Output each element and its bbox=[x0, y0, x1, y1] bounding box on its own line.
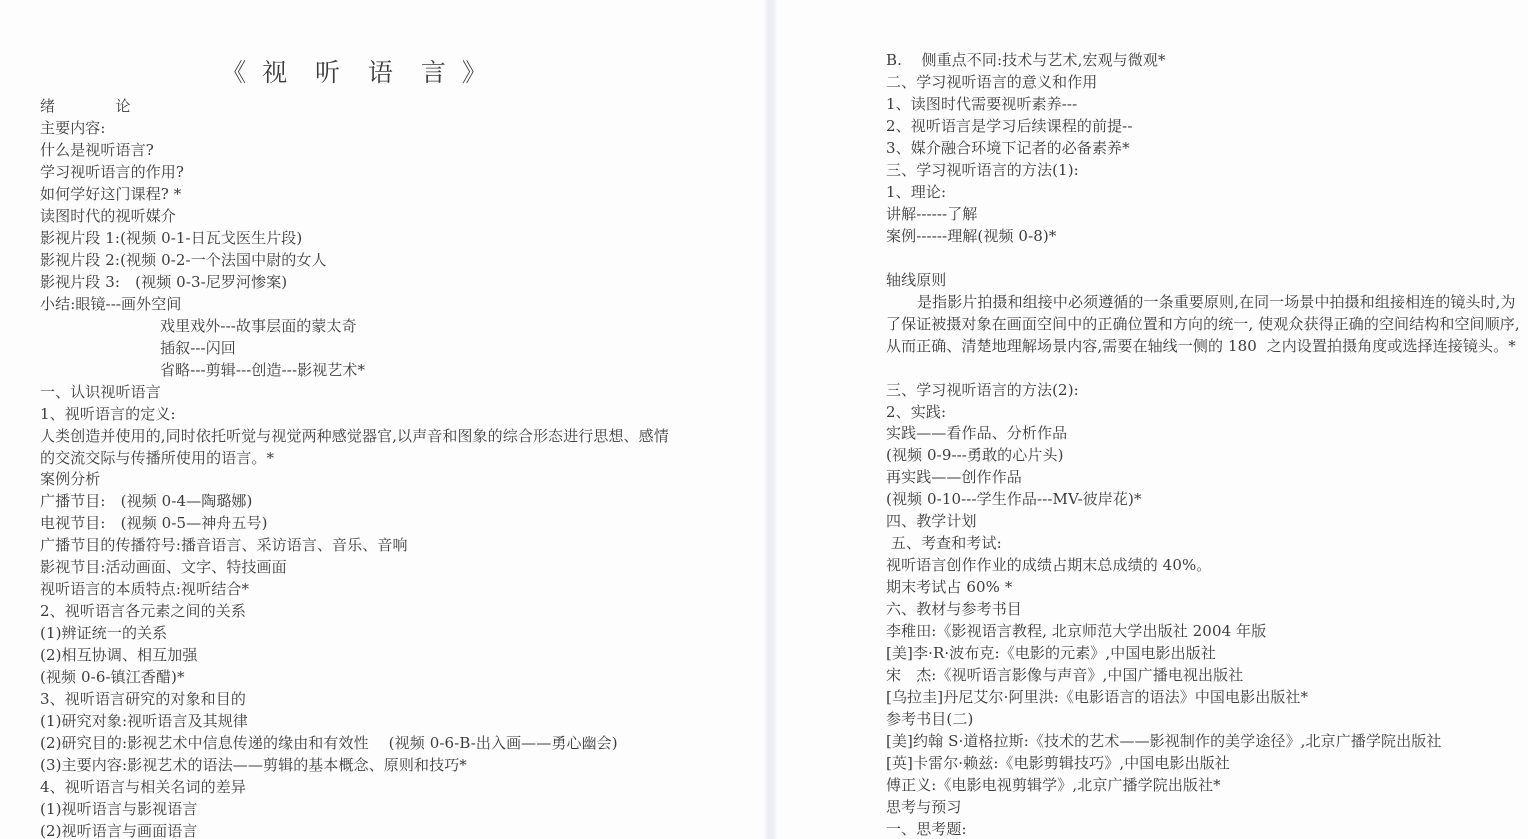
text-line: (1)视听语言与影视语言 bbox=[40, 799, 744, 821]
text-line: [乌拉圭]丹尼艾尔·阿里洪:《电影语言的语法》中国电影出版社* bbox=[886, 687, 1522, 709]
text-line: 广播节目: (视频 0-4—陶璐娜) bbox=[40, 491, 744, 513]
text-line: 李稚田:《影视语言教程, 北京师范大学出版社 2004 年版 bbox=[886, 621, 1522, 643]
text-line: 宋 杰:《视听语言影像与声音》,中国广播电视出版社 bbox=[886, 665, 1522, 687]
blank-line bbox=[886, 248, 1522, 270]
text-line: 人类创造并使用的,同时依托听觉与视觉两种感觉器官,以声音和图象的综合形态进行思想… bbox=[40, 426, 744, 448]
text-line: (视频 0-10---学生作品---MV-彼岸花)* bbox=[886, 489, 1522, 511]
text-line: 影视片段 2:(视频 0-2-一个法国中尉的女人 bbox=[40, 250, 744, 272]
text-line: 从而正确、清楚地理解场景内容,需要在轴线一侧的 180 之内设置拍摄角度或选择连… bbox=[886, 336, 1522, 358]
text-line: 3、媒介融合环境下记者的必备素养* bbox=[886, 138, 1522, 160]
text-line: 主要内容: bbox=[40, 118, 744, 140]
text-line: (1)研究对象:视听语言及其规律 bbox=[40, 711, 744, 733]
text-line: 读图时代的视听媒介 bbox=[40, 206, 744, 228]
text-line: 四、教学计划 bbox=[886, 511, 1522, 533]
page-left-text-block: 绪 论主要内容:什么是视听语言?学习视听语言的作用?如何学好这门课程? *读图时… bbox=[40, 96, 764, 839]
page-right-text-block: B. 侧重点不同:技术与艺术,宏观与微观*二、学习视听语言的意义和作用1、读图时… bbox=[886, 50, 1528, 839]
text-line: 了保证被摄对象在画面空间中的正确位置和方向的统一, 使观众获得正确的空间结构和空… bbox=[886, 314, 1522, 336]
text-line: 影视片段 3: (视频 0-3-尼罗河惨案) bbox=[40, 272, 744, 294]
text-line: 六、教材与参考书目 bbox=[886, 599, 1522, 621]
text-line: 期末考试占 60% * bbox=[886, 577, 1522, 599]
text-line: [美]李·R·波布克:《电影的元素》,中国电影出版社 bbox=[886, 643, 1522, 665]
text-line: 再实践——创作作品 bbox=[886, 467, 1522, 489]
text-line: 轴线原则 bbox=[886, 270, 1522, 292]
text-line: 电视节目: (视频 0-5—神舟五号) bbox=[40, 513, 744, 535]
text-line: 三、学习视听语言的方法(2): bbox=[886, 380, 1522, 402]
text-line: B. 侧重点不同:技术与艺术,宏观与微观* bbox=[886, 50, 1522, 72]
text-line: 一、思考题: bbox=[886, 819, 1522, 839]
text-line: 参考书目(二) bbox=[886, 709, 1522, 731]
blank-line bbox=[886, 358, 1522, 380]
text-line: 的交流交际与传播所使用的语言。* bbox=[40, 448, 744, 470]
text-line: 案例分析 bbox=[40, 469, 744, 491]
text-line: 3、视听语言研究的对象和目的 bbox=[40, 689, 744, 711]
document-spread: 《 视 听 语 言 》 绪 论主要内容:什么是视听语言?学习视听语言的作用?如何… bbox=[0, 0, 1528, 839]
text-line: 广播节目的传播符号:播音语言、采访语言、音乐、音响 bbox=[40, 535, 744, 557]
text-line: 三、学习视听语言的方法(1): bbox=[886, 160, 1522, 182]
text-line: 绪 论 bbox=[40, 96, 744, 118]
text-line: 2、视听语言是学习后续课程的前提-- bbox=[886, 116, 1522, 138]
text-line: (视频 0-9---勇敢的心片头) bbox=[886, 445, 1522, 467]
page-gap-divider bbox=[764, 0, 777, 839]
text-line: 如何学好这门课程? * bbox=[40, 184, 744, 206]
text-line: 插叙---闪回 bbox=[40, 338, 744, 360]
text-line: 实践——看作品、分析作品 bbox=[886, 423, 1522, 445]
text-line: (1)辨证统一的关系 bbox=[40, 623, 744, 645]
text-line: 2、实践: bbox=[886, 402, 1522, 424]
text-line: 1、理论: bbox=[886, 182, 1522, 204]
document-page-right: B. 侧重点不同:技术与艺术,宏观与微观*二、学习视听语言的意义和作用1、读图时… bbox=[777, 0, 1528, 839]
text-line: 省略---剪辑---创造---影视艺术* bbox=[40, 360, 744, 382]
text-line: 1、视听语言的定义: bbox=[40, 404, 744, 426]
text-line: (视频 0-6-镇江香醋)* bbox=[40, 667, 744, 689]
text-line: [美]约翰 S·道格拉斯:《技术的艺术——影视制作的美学途径》,北京广播学院出版… bbox=[886, 731, 1522, 753]
text-line: 思考与预习 bbox=[886, 797, 1522, 819]
text-line: 影视片段 1:(视频 0-1-日瓦戈医生片段) bbox=[40, 228, 744, 250]
text-line: [英]卡雷尔·赖兹:《电影剪辑技巧》,中国电影出版社 bbox=[886, 753, 1522, 775]
text-line: 什么是视听语言? bbox=[40, 140, 744, 162]
text-line: 案例------理解(视频 0-8)* bbox=[886, 226, 1522, 248]
text-line: 五、考查和考试: bbox=[886, 533, 1522, 555]
text-line: 讲解------了解 bbox=[886, 204, 1522, 226]
text-line: 视听语言创作作业的成绩占期末总成绩的 40%。 bbox=[886, 555, 1522, 577]
text-line: 戏里戏外---故事层面的蒙太奇 bbox=[40, 316, 744, 338]
text-line: 4、视听语言与相关名词的差异 bbox=[40, 777, 744, 799]
text-line: 是指影片拍摄和组接中必须遵循的一条重要原则,在同一场景中拍摄和组接相连的镜头时,… bbox=[886, 292, 1522, 314]
text-line: (2)相互协调、相互加强 bbox=[40, 645, 744, 667]
text-line: 小结:眼镜---画外空间 bbox=[40, 294, 744, 316]
text-line: 学习视听语言的作用? bbox=[40, 162, 744, 184]
text-line: 傅正义:《电影电视剪辑学》,北京广播学院出版社* bbox=[886, 775, 1522, 797]
text-line: (2)研究目的:影视艺术中信息传递的缘由和有效性 (视频 0-6-B-出入画——… bbox=[40, 733, 744, 755]
text-line: 影视节目:活动画面、文字、特技画面 bbox=[40, 557, 744, 579]
document-title: 《 视 听 语 言 》 bbox=[40, 57, 672, 96]
text-line: (2)视听语言与画面语言 bbox=[40, 821, 744, 839]
text-line: 2、视听语言各元素之间的关系 bbox=[40, 601, 744, 623]
document-page-left: 《 视 听 语 言 》 绪 论主要内容:什么是视听语言?学习视听语言的作用?如何… bbox=[0, 0, 764, 839]
text-line: 一、认识视听语言 bbox=[40, 382, 744, 404]
text-line: (3)主要内容:影视艺术的语法——剪辑的基本概念、原则和技巧* bbox=[40, 755, 744, 777]
text-line: 视听语言的本质特点:视听结合* bbox=[40, 579, 744, 601]
text-line: 二、学习视听语言的意义和作用 bbox=[886, 72, 1522, 94]
text-line: 1、读图时代需要视听素养--- bbox=[886, 94, 1522, 116]
